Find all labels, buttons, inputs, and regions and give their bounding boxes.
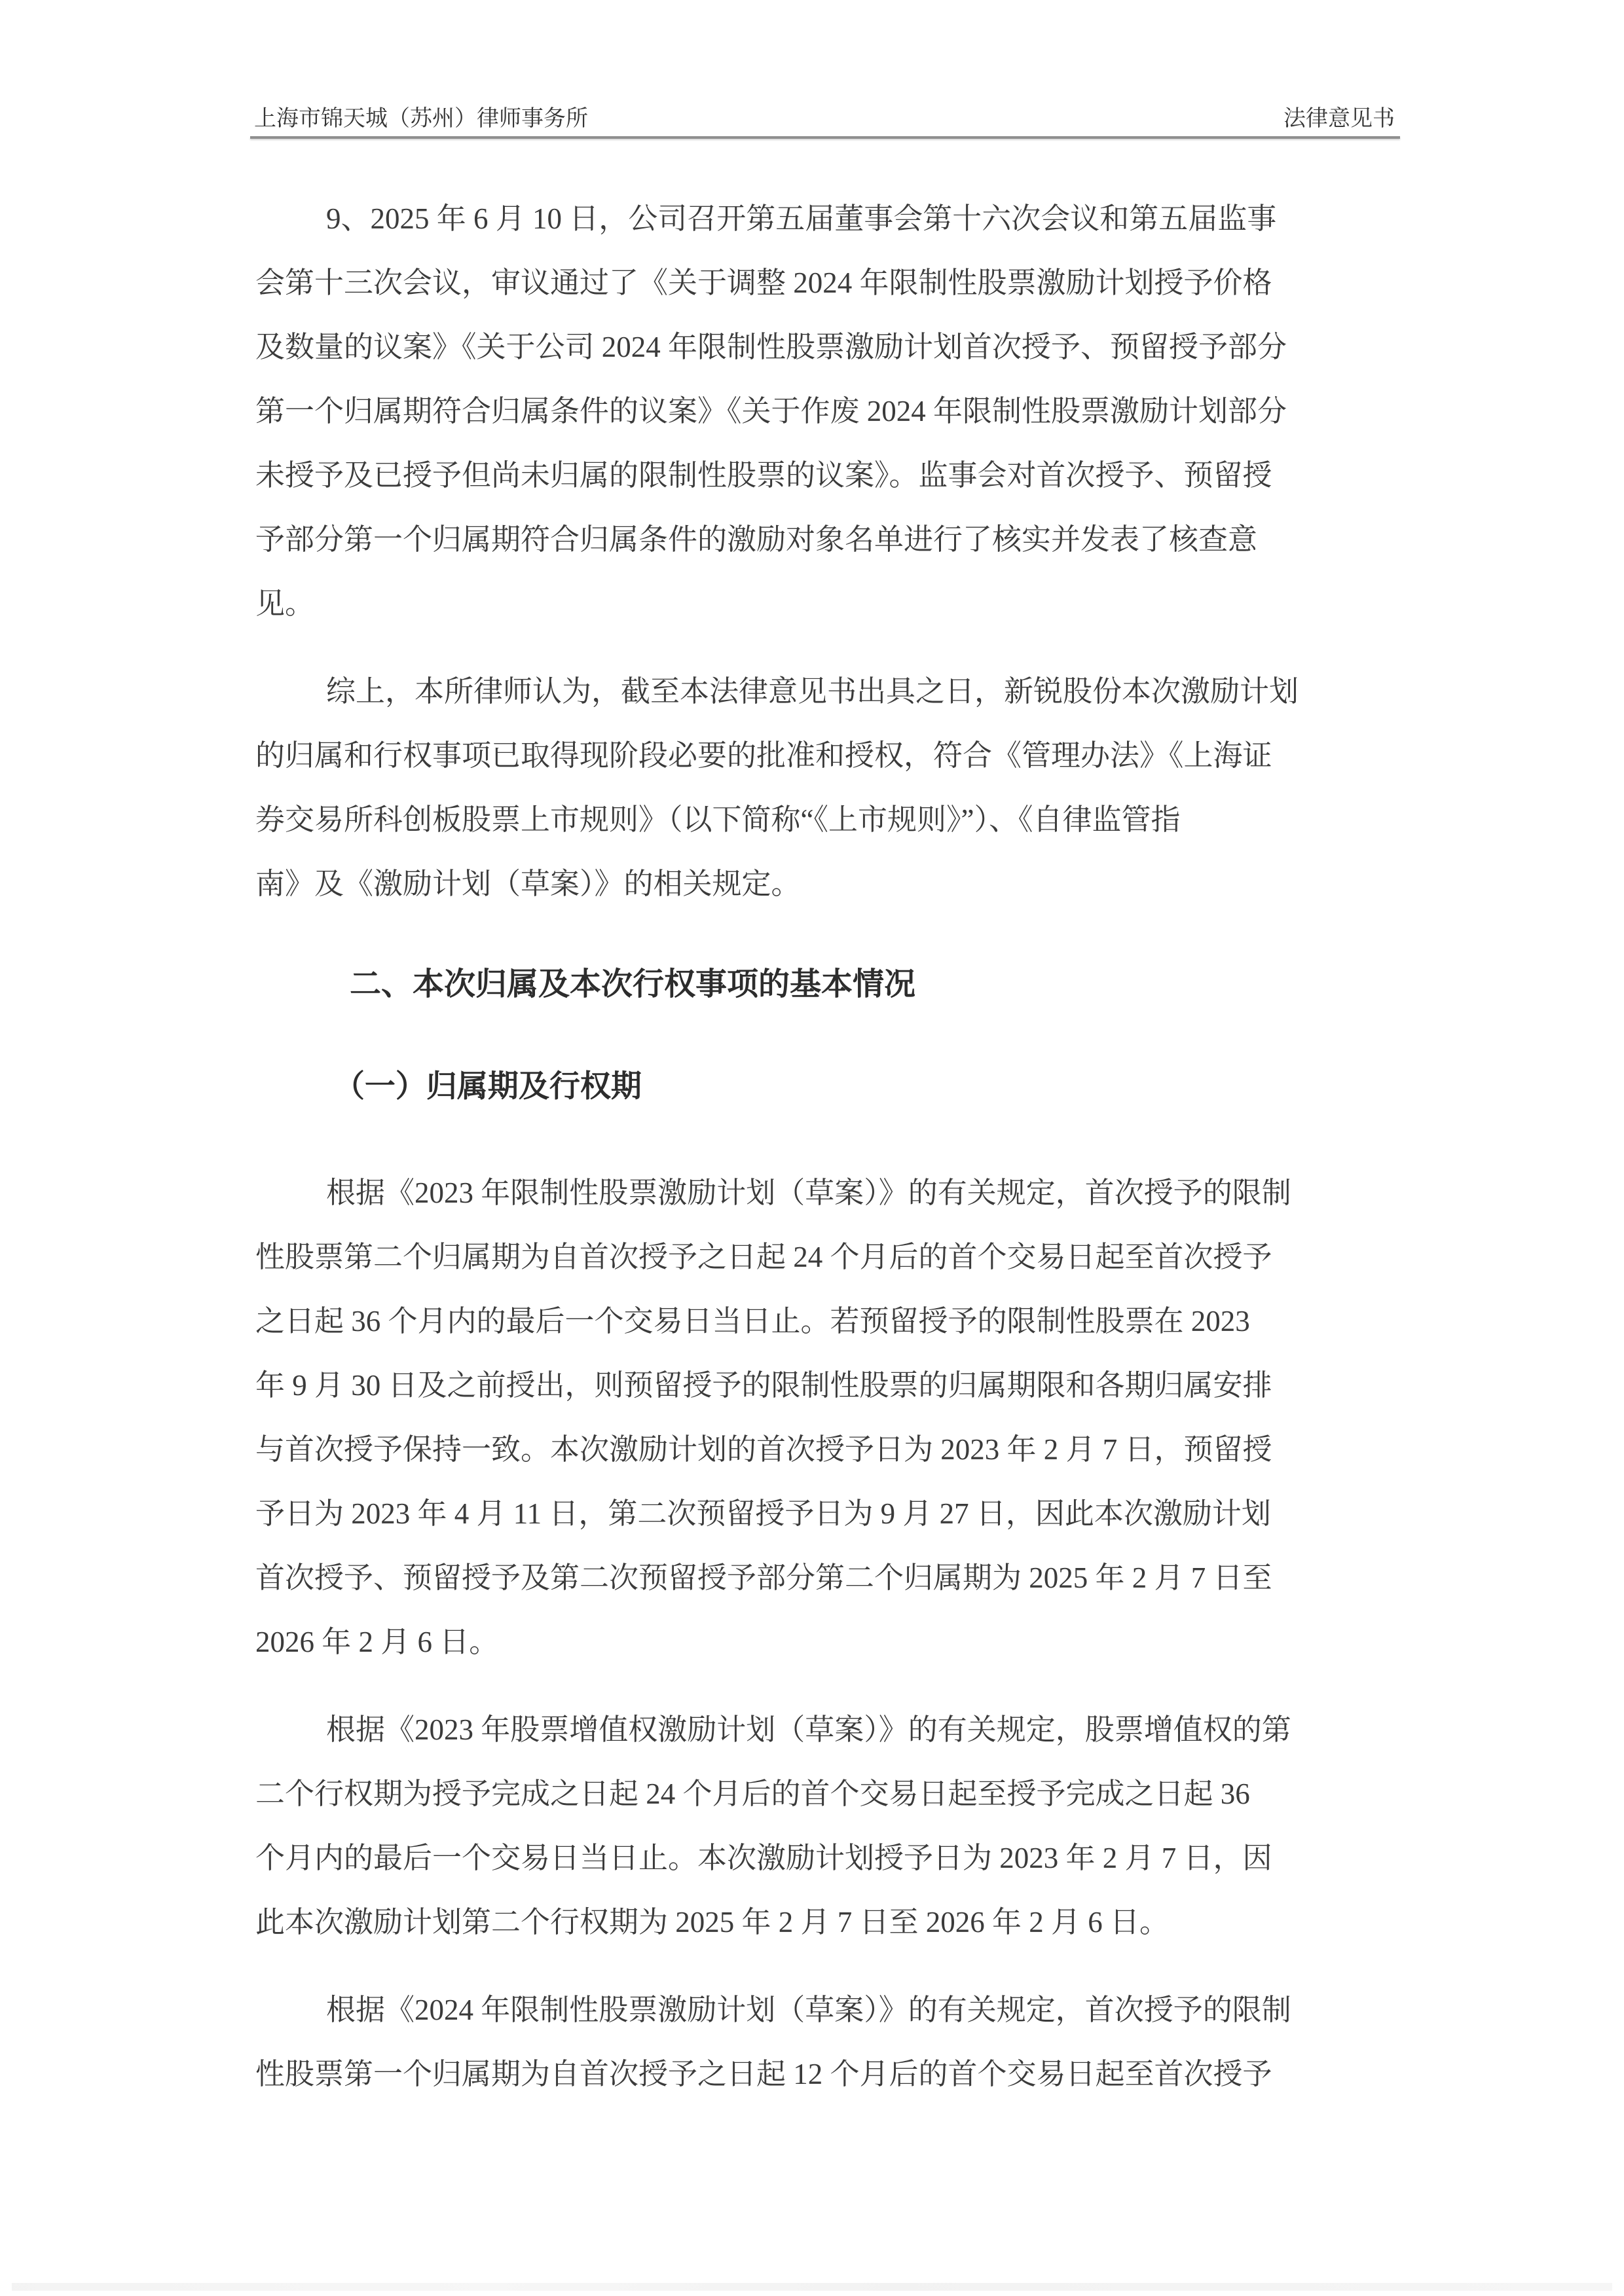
paragraph-2023-rsu-plan: 根据《2023 年限制性股票激励计划（草案）》的有关规定，首次授予的限制 性股票… xyxy=(255,1161,1395,1674)
page-header: 上海市锦天城（苏州）律师事务所 法律意见书 xyxy=(254,105,1395,134)
text-line: 二个行权期为授予完成之日起 24 个月后的首个交易日起至授予完成之日起 36 xyxy=(255,1762,1395,1826)
text-line: 根据《2023 年限制性股票激励计划（草案）》的有关规定，首次授予的限制 xyxy=(255,1161,1395,1225)
text-line: 年 9 月 30 日及之前授出，则预留授予的限制性股票的归属期限和各期归属安排 xyxy=(255,1353,1395,1417)
text-line: 个月内的最后一个交易日当日止。本次激励计划授予日为 2023 年 2 月 7 日… xyxy=(255,1826,1395,1890)
text-line: 根据《2023 年股票增值权激励计划（草案）》的有关规定，股票增值权的第 xyxy=(255,1698,1395,1762)
legal-opinion-page: 上海市锦天城（苏州）律师事务所 法律意见书 9、2025 年 6 月 10 日，… xyxy=(0,0,1624,2296)
paragraph-board-meeting: 9、2025 年 6 月 10 日，公司召开第五届董事会第十六次会议和第五届监事… xyxy=(255,187,1395,636)
section-heading: 二、本次归属及本次行权事项的基本情况 xyxy=(255,953,1395,1017)
text-line: 见。 xyxy=(255,572,1395,636)
header-firm-name: 上海市锦天城（苏州）律师事务所 xyxy=(254,105,588,134)
text-line: 券交易所科创板股票上市规则》（以下简称“《上市规则》”）、《自律监管指 xyxy=(255,788,1395,852)
text-line: 会第十三次会议，审议通过了《关于调整 2024 年限制性股票激励计划授予价格 xyxy=(255,251,1395,315)
text-line: 南》及《激励计划（草案）》的相关规定。 xyxy=(255,852,1395,916)
text-line: 第一个归属期符合归属条件的议案》《关于作废 2024 年限制性股票激励计划部分 xyxy=(255,379,1395,443)
document-body: 9、2025 年 6 月 10 日，公司召开第五届董事会第十六次会议和第五届监事… xyxy=(255,187,1395,2106)
text-line: 之日起 36 个月内的最后一个交易日当日止。若预留授予的限制性股票在 2023 xyxy=(255,1289,1395,1353)
text-line: 予部分第一个归属期符合归属条件的激励对象名单进行了核实并发表了核查意 xyxy=(255,507,1395,572)
text-line: 此本次激励计划第二个行权期为 2025 年 2 月 7 日至 2026 年 2 … xyxy=(255,1890,1395,1954)
text-line: 未授予及已授予但尚未归属的限制性股票的议案》。监事会对首次授予、预留授 xyxy=(255,443,1395,507)
header-rule xyxy=(250,136,1400,139)
text-line: 与首次授予保持一致。本次激励计划的首次授予日为 2023 年 2 月 7 日，预… xyxy=(255,1417,1395,1482)
text-line: 性股票第一个归属期为自首次授予之日起 12 个月后的首个交易日起至首次授予 xyxy=(255,2042,1395,2106)
text-line: 的归属和行权事项已取得现阶段必要的批准和授权，符合《管理办法》《上海证 xyxy=(255,723,1395,788)
paragraph-2024-rsu-plan: 根据《2024 年限制性股票激励计划（草案）》的有关规定，首次授予的限制 性股票… xyxy=(255,1978,1395,2106)
text-line: 综上，本所律师认为，截至本法律意见书出具之日，新锐股份本次激励计划 xyxy=(255,659,1395,723)
text-line: 及数量的议案》《关于公司 2024 年限制性股票激励计划首次授予、预留授予部分 xyxy=(255,315,1395,379)
text-line: 2026 年 2 月 6 日。 xyxy=(255,1610,1395,1674)
subsection-heading: （一）归属期及行权期 xyxy=(255,1055,1395,1119)
header-doc-type: 法律意见书 xyxy=(1283,105,1395,134)
paragraph-2023-sar-plan: 根据《2023 年股票增值权激励计划（草案）》的有关规定，股票增值权的第 二个行… xyxy=(255,1698,1395,1954)
text-line: 予日为 2023 年 4 月 11 日，第二次预留授予日为 9 月 27 日，因… xyxy=(255,1482,1395,1546)
text-line: 首次授予、预留授予及第二次预留授予部分第二个归属期为 2025 年 2 月 7 … xyxy=(255,1546,1395,1610)
scan-artifact-line xyxy=(12,2283,1612,2291)
text-line: 9、2025 年 6 月 10 日，公司召开第五届董事会第十六次会议和第五届监事 xyxy=(255,187,1395,251)
text-line: 性股票第二个归属期为自首次授予之日起 24 个月后的首个交易日起至首次授予 xyxy=(255,1225,1395,1289)
paragraph-lawyer-conclusion: 综上，本所律师认为，截至本法律意见书出具之日，新锐股份本次激励计划 的归属和行权… xyxy=(255,659,1395,916)
text-line: 根据《2024 年限制性股票激励计划（草案）》的有关规定，首次授予的限制 xyxy=(255,1978,1395,2042)
